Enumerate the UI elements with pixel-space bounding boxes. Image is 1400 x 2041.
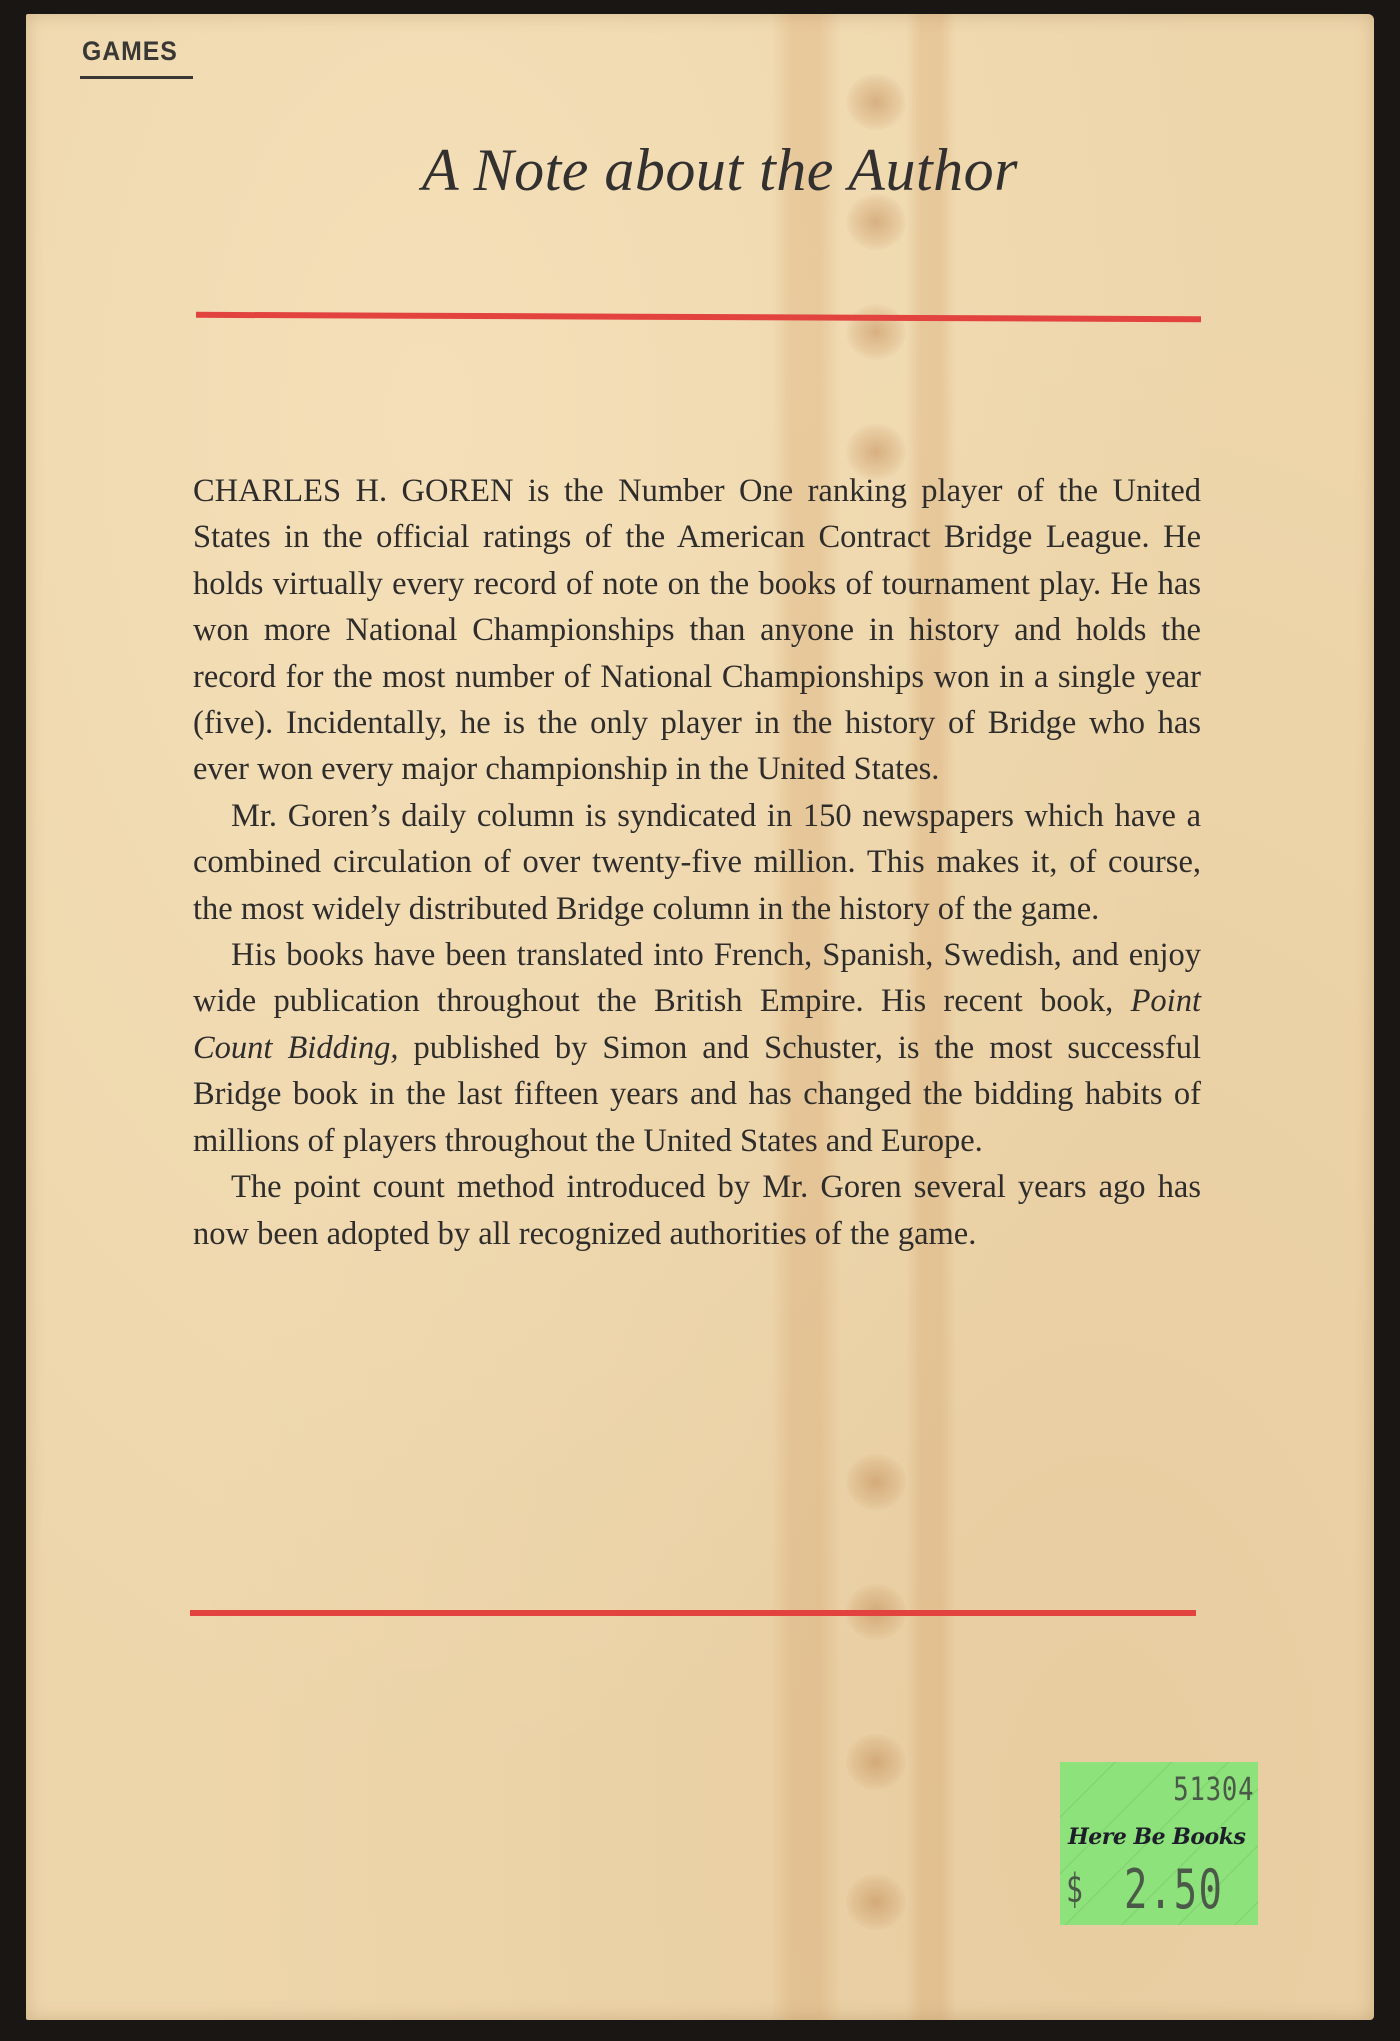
currency-symbol: $ (1066, 1866, 1083, 1912)
stain-spot (846, 1874, 906, 1930)
bio-paragraph-1: CHARLES H. GOREN is the Number One ranki… (193, 468, 1201, 793)
stain-spot (846, 74, 906, 130)
bio-paragraph-3: His books have been translated into Fren… (193, 932, 1201, 1164)
top-red-rule (196, 312, 1201, 322)
page-title: A Note about the Author (26, 136, 1374, 205)
sticker-code: 51304 (1173, 1770, 1254, 1808)
price-sticker: 51304 Here Be Books $ 2.50 (1060, 1762, 1258, 1925)
category-label: GAMES (82, 36, 178, 67)
stain-spot (846, 1454, 906, 1510)
price-value: 2.50 (1124, 1858, 1223, 1921)
bottom-red-rule (190, 1610, 1196, 1616)
bio-paragraph-4: The point count method introduced by Mr.… (193, 1164, 1201, 1257)
bio-text: His books have been translated into Fren… (193, 937, 1201, 1019)
stain-spot (846, 1734, 906, 1790)
stain-spot (846, 304, 906, 360)
shop-name: Here Be Books (1068, 1824, 1254, 1850)
author-bio: CHARLES H. GOREN is the Number One ranki… (193, 468, 1201, 1257)
bio-paragraph-2: Mr. Goren’s daily column is syndicated i… (193, 793, 1201, 932)
book-back-cover: GAMES A Note about the Author CHARLES H.… (26, 14, 1374, 2020)
category-underline (80, 76, 193, 79)
